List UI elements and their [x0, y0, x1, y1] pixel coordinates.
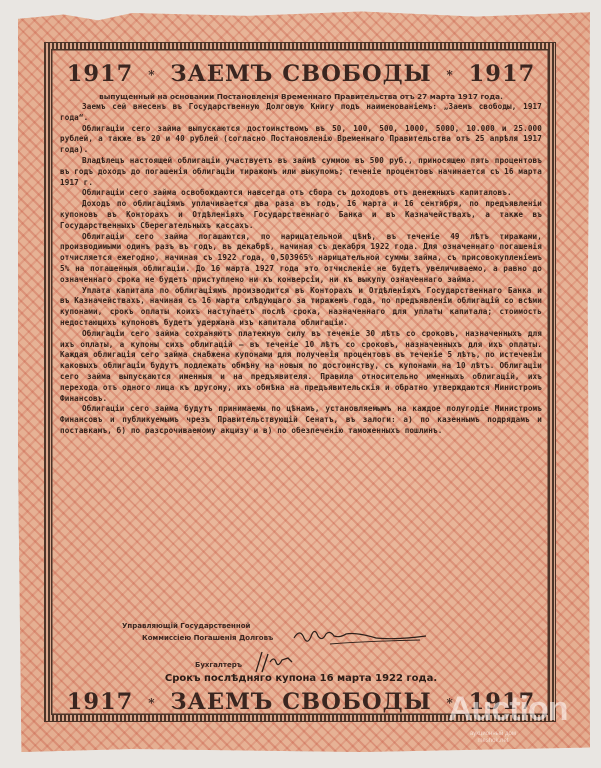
title-year-right: 1917 — [469, 61, 536, 87]
star-separator-icon: * — [441, 68, 460, 82]
manager-signature-label: Управляющій Государственной Коммиссіею П… — [122, 620, 273, 644]
footer-year-left: 1917 — [67, 689, 134, 715]
auction-watermark: Auction — [448, 690, 568, 729]
paragraph: Облигаціи сего займа сохраняютъ платежну… — [60, 329, 542, 405]
title-year-left: 1917 — [67, 61, 134, 87]
paragraph: Облигаціи сего займа погашаются, по нари… — [60, 232, 542, 286]
last-coupon-term: Срокъ послѣдняго купона 16 марта 1922 го… — [60, 673, 542, 684]
paragraph: Доходъ по облигаціямъ уплачивается два р… — [60, 199, 542, 231]
star-separator-icon: * — [142, 68, 161, 82]
star-separator-icon: * — [142, 696, 161, 710]
auction-watermark-subtext: аукционный дом meshok.net — [470, 731, 516, 745]
accountant-signature-icon — [250, 648, 300, 674]
paragraph: Заемъ сей внесенъ въ Государственную Дол… — [60, 102, 542, 124]
paragraph: Владѣлецъ настоящей облигаціи участвуетъ… — [60, 156, 542, 188]
paragraph: Облигаціи сего займа будутъ принимаемы п… — [60, 404, 542, 436]
manager-signature-icon — [290, 626, 430, 646]
accountant-label: Бухгалтеръ — [195, 661, 242, 669]
paragraph: Облигаціи сего займа освобождаются навсе… — [60, 188, 542, 199]
bond-title: 1917 * ЗАЕМЪ СВОБОДЫ * 1917 — [60, 60, 542, 89]
bond-subtitle: выпущенный на основании Постановленія Вр… — [60, 91, 542, 102]
manager-title-line1: Управляющій Государственной — [122, 620, 273, 632]
paragraph: Облигаціи сего займа выпускаются достоин… — [60, 124, 542, 156]
footer-loan-name: ЗАЕМЪ СВОБОДЫ — [170, 689, 431, 715]
title-loan-name: ЗАЕМЪ СВОБОДЫ — [170, 61, 431, 87]
watermark-subtext-line1: аукционный дом — [470, 731, 516, 738]
bond-text-block: 1917 * ЗАЕМЪ СВОБОДЫ * 1917 выпущенный н… — [60, 60, 542, 437]
paragraph: Уплата капитала по облигаціямъ производи… — [60, 286, 542, 329]
watermark-subtext-line2: meshok.net — [470, 738, 516, 745]
manager-title-line2: Коммиссіею Погашенія Долговъ — [122, 632, 273, 644]
